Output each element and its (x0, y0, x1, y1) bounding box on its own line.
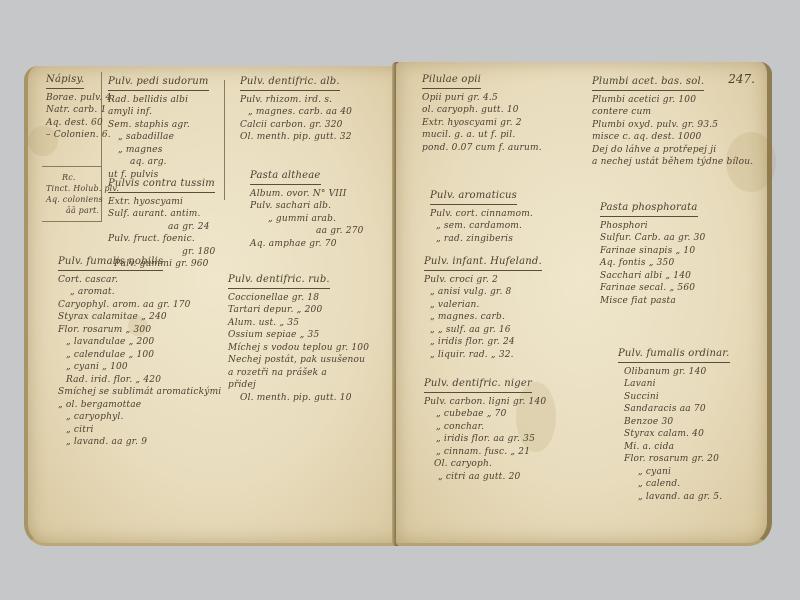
section-pulv-dentifric-alb: Pulv. dentifric. alb. Pulv. rhizom. ird.… (240, 76, 352, 144)
text-line: Ol. menth. pip. gutt. 10 (228, 392, 369, 405)
text-line: „ iridis flor. aa gr. 35 (424, 433, 546, 446)
text-line: „ sabadillae (108, 131, 209, 144)
section-pulv-infant-hufeland: Pulv. infant. Hufeland. Pulv. croci gr. … (424, 256, 542, 361)
text-line: mucil. g. a. ut f. pil. (422, 129, 542, 142)
left-page: Nápisy. Borae. pulv. 4. Natr. carb. 1 Aq… (24, 66, 404, 546)
text-line: Plumbi oxyd. pulv. gr. 93.5 (592, 119, 753, 132)
text-line: Succini (618, 391, 730, 404)
section-title: Plumbi acet. bas. sol. (592, 76, 704, 91)
section-pulv-pedi-sudorum: Pulv. pedi sudorum Rad. bellidis albi am… (108, 76, 209, 181)
section-pilulae-opii: Pilulae opii Opii puri gr. 4.5 ol. caryo… (422, 74, 542, 154)
text-line: „ magnes (108, 144, 209, 157)
section-title: Pulv. dentifric. niger (424, 378, 532, 393)
section-pulv-dentifric-rub: Pulv. dentifric. rub. Coccionellae gr. 1… (228, 274, 369, 404)
text-line: Cort. cascar. (58, 274, 221, 287)
column-rule (224, 80, 225, 200)
text-line: contere cum (592, 106, 753, 119)
text-line: Sandaracis aa 70 (618, 403, 730, 416)
text-line: Aq. dest. 60 (46, 117, 115, 130)
sidebox-divider (42, 166, 102, 167)
text-line: Pulv. carbon. ligni gr. 140 (424, 396, 546, 409)
text-line: Sem. staphis agr. (108, 119, 209, 132)
text-line: amyli inf. (108, 106, 209, 119)
text-line: Aq. amphae gr. 70 (250, 238, 364, 251)
text-line: „ aromat. (58, 286, 221, 299)
section-pasta-phosphorata: Pasta phosphorata Phosphori Sulfur. Carb… (600, 202, 705, 307)
text-line: Olibanum gr. 140 (618, 366, 730, 379)
text-line: Natr. carb. 1 (46, 104, 115, 117)
text-line: Pulv. sachari alb. (250, 200, 364, 213)
text-line: „ cyani „ 100 (58, 361, 221, 374)
text-line: „ citri (58, 424, 221, 437)
text-line: Calcii carbon. gr. 320 (240, 119, 352, 132)
text-line: Aq. fontis „ 350 (600, 257, 705, 270)
section-title: Pulv. dentifric. rub. (228, 274, 330, 289)
text-line: Farinae secal. „ 560 (600, 282, 705, 295)
text-line: Extr. hyoscyami gr. 2 (422, 117, 542, 130)
section-title: Pulv. fumalis nobilis (58, 256, 163, 271)
text-line: Benzoe 30 (618, 416, 730, 429)
text-line: „ rad. zingiberis (430, 233, 533, 246)
text-line: Styrax calam. 40 (618, 428, 730, 441)
text-line: Farinae sinapis „ 10 (600, 245, 705, 258)
text-line: Mi. a. cida (618, 441, 730, 454)
text-line: Sulfur. Carb. aa gr. 30 (600, 232, 705, 245)
text-line: pond. 0.07 cum f. aurum. (422, 142, 542, 155)
text-line: – Colonien. 6. (46, 129, 115, 142)
text-line: aq. arg. (108, 156, 209, 169)
text-line: Lavani (618, 378, 730, 391)
text-line: „ lavand. aa gr. 5. (618, 491, 730, 504)
right-page: 247. Pilulae opii Opii puri gr. 4.5 ol. … (396, 62, 772, 546)
open-notebook: Nápisy. Borae. pulv. 4. Natr. carb. 1 Aq… (16, 66, 778, 546)
section-title: Pulv. aromaticus (430, 190, 517, 205)
text-line: Ol. menth. pip. gutt. 32 (240, 131, 352, 144)
text-line: Plumbi acetici gr. 100 (592, 94, 753, 107)
sidebox-top: Nápisy. Borae. pulv. 4. Natr. carb. 1 Aq… (46, 74, 115, 142)
section-pulv-fumalis-ordinar: Pulv. fumalis ordinar. Olibanum gr. 140 … (618, 348, 730, 503)
text-line: Pulv. rhizom. ird. s. (240, 94, 352, 107)
text-line: Sulf. aurant. antim. (108, 208, 215, 221)
text-line: Borae. pulv. 4. (46, 92, 115, 105)
text-line: „ calendulae „ 100 (58, 349, 221, 362)
text-line: „ cubebae „ 70 (424, 408, 546, 421)
text-line: Extr. hyoscyami (108, 196, 215, 209)
text-line: Pulv. fruct. foenic. (108, 233, 215, 246)
text-line: aa gr. 270 (250, 225, 364, 238)
text-line: „ ol. bergamottae (58, 399, 221, 412)
text-line: „ valerian. (424, 299, 542, 312)
text-line: Flor. rosarum „ 300 (58, 324, 221, 337)
text-line: Pulv. cort. cinnamom. (430, 208, 533, 221)
text-line: Nechej postát, pak usušenou (228, 354, 369, 367)
text-line: „ anisi vulg. gr. 8 (424, 286, 542, 299)
text-line: Phosphori (600, 220, 705, 233)
section-title: Pasta altheae (250, 170, 321, 185)
text-line: „ „ sulf. aa gr. 16 (424, 324, 542, 337)
text-line: Ol. caryoph. (424, 458, 546, 471)
text-line: „ conchar. (424, 421, 546, 434)
text-line: Dej do láhve a protřepej ji (592, 144, 753, 157)
section-title: Pulv. pedi sudorum (108, 76, 209, 91)
section-title: Pulv. dentifric. alb. (240, 76, 340, 91)
text-line: Coccionellae gr. 18 (228, 292, 369, 305)
section-pasta-altheae: Pasta altheae Album. ovor. N° VIII Pulv.… (250, 170, 364, 250)
text-line: Flor. rosarum gr. 20 (618, 453, 730, 466)
section-title: Pasta phosphorata (600, 202, 698, 217)
text-line: Styrax calamitae „ 240 (58, 311, 221, 324)
text-line: Album. ovor. N° VIII (250, 188, 364, 201)
text-line: Caryophyl. arom. aa gr. 170 (58, 299, 221, 312)
text-line: Tartari depur. „ 200 (228, 304, 369, 317)
section-pulv-fumalis-nobilis: Pulv. fumalis nobilis Cort. cascar. „ ar… (58, 256, 221, 449)
section-title: Pulvis contra tussim (108, 178, 215, 193)
text-line: Misce fiat pasta (600, 295, 705, 308)
text-line: a nechej ustát během týdne bílou. (592, 156, 753, 169)
text-line: a rozetři na prášek a (228, 367, 369, 380)
sidebox-top-title: Nápisy. (46, 74, 84, 89)
text-line: „ calend. (618, 478, 730, 491)
section-title: Pulv. fumalis ordinar. (618, 348, 730, 363)
text-line: aa gr. 24 (108, 221, 215, 234)
text-line: Ossium sepiae „ 35 (228, 329, 369, 342)
text-line: „ cinnam. fusc. „ 21 (424, 446, 546, 459)
text-line: Alum. ust. „ 35 (228, 317, 369, 330)
text-line: Míchej s vodou teplou gr. 100 (228, 342, 369, 355)
text-line: „ lavandulae „ 200 (58, 336, 221, 349)
text-line: „ caryophyl. (58, 411, 221, 424)
text-line: „ lavand. aa gr. 9 (58, 436, 221, 449)
section-plumbi-acet: Plumbi acet. bas. sol. Plumbi acetici gr… (592, 76, 753, 169)
section-title: Pulv. infant. Hufeland. (424, 256, 542, 271)
section-pulv-aromaticus: Pulv. aromaticus Pulv. cort. cinnamom. „… (430, 190, 533, 245)
text-line: „ liquir. rad. „ 32. (424, 349, 542, 362)
text-line: „ citri aa gutt. 20 (424, 471, 546, 484)
text-line: misce c. aq. dest. 1000 (592, 131, 753, 144)
text-line: ol. caryoph. gutt. 10 (422, 104, 542, 117)
text-line: „ sem. cardamom. (430, 220, 533, 233)
text-line: přidej (228, 379, 369, 392)
text-line: Sacchari albi „ 140 (600, 270, 705, 283)
text-line: „ cyani (618, 466, 730, 479)
text-line: Pulv. croci gr. 2 (424, 274, 542, 287)
text-line: „ iridis flor. gr. 24 (424, 336, 542, 349)
text-line: „ magnes. carb. (424, 311, 542, 324)
text-line: Smíchej se sublimát aromatickými (58, 386, 221, 399)
text-line: „ gummi arab. (250, 213, 364, 226)
text-line: „ magnes. carb. aa 40 (240, 106, 352, 119)
text-line: Rad. irid. flor. „ 420 (58, 374, 221, 387)
section-pulv-dentifric-niger: Pulv. dentifric. niger Pulv. carbon. lig… (424, 378, 546, 483)
section-title: Pilulae opii (422, 74, 481, 89)
text-line: Rad. bellidis albi (108, 94, 209, 107)
text-line: Opii puri gr. 4.5 (422, 92, 542, 105)
